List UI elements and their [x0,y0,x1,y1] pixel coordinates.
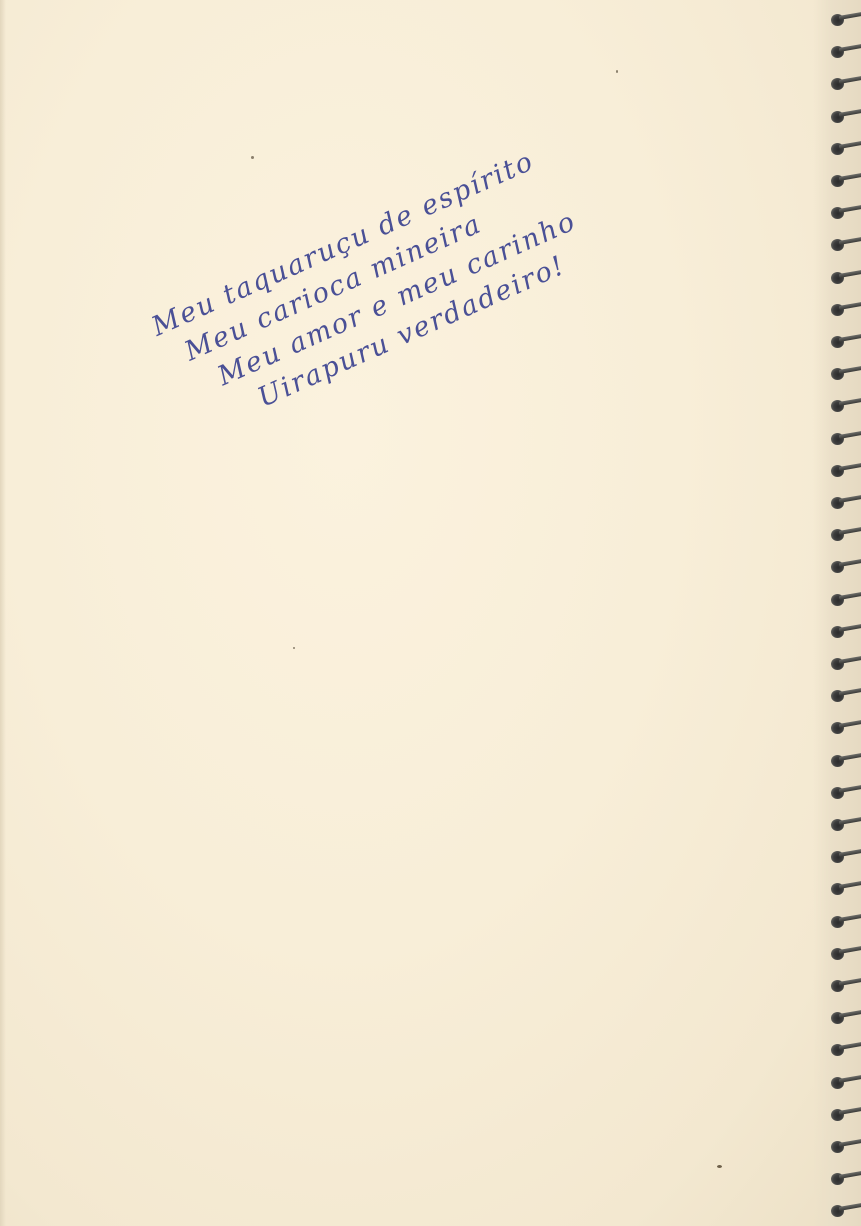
spiral-coil [831,978,861,994]
coil-wire [839,141,861,149]
coil-wire [839,881,861,889]
spiral-coil [831,141,861,157]
spiral-coil [831,1139,861,1155]
spiral-coil [831,753,861,769]
coil-wire [839,398,861,406]
spiral-coil [831,559,861,575]
coil-wire [839,1139,861,1147]
coil-wire [839,1075,861,1083]
coil-wire [839,270,861,278]
spiral-coil [831,881,861,897]
handwritten-note: Meu taquaruçu de espírito Meu carioca mi… [146,138,596,444]
paper-speck [616,70,618,73]
spiral-coil [831,592,861,608]
coil-wire [839,463,861,471]
coil-wire [839,76,861,84]
coil-wire [839,12,861,20]
spiral-coil [831,688,861,704]
paper-speck [293,647,295,649]
coil-wire [839,753,861,761]
coil-wire [839,592,861,600]
paper-speck [717,1165,722,1168]
spiral-coil [831,205,861,221]
spiral-coil [831,334,861,350]
page-left-edge [0,0,6,1226]
coil-wire [839,44,861,52]
spiral-coil [831,1107,861,1123]
spiral-coil [831,366,861,382]
coil-wire [839,1203,861,1211]
spiral-coil [831,914,861,930]
notebook-page: Meu taquaruçu de espírito Meu carioca mi… [0,0,861,1226]
spiral-coil [831,817,861,833]
coil-wire [839,946,861,954]
spiral-coil [831,1171,861,1187]
spiral-coil [831,463,861,479]
coil-wire [839,656,861,664]
spiral-coil [831,237,861,253]
coil-wire [839,173,861,181]
coil-wire [839,849,861,857]
spiral-coil [831,527,861,543]
coil-wire [839,366,861,374]
coil-wire [839,431,861,439]
coil-wire [839,205,861,213]
coil-wire [839,109,861,117]
spiral-coil [831,76,861,92]
coil-wire [839,688,861,696]
spiral-coil [831,785,861,801]
spiral-coil [831,431,861,447]
coil-wire [839,1171,861,1179]
spiral-coil [831,624,861,640]
spiral-coil [831,1042,861,1058]
spiral-coil [831,849,861,865]
paper-speck [251,156,254,159]
coil-wire [839,720,861,728]
spiral-coil [831,720,861,736]
coil-wire [839,914,861,922]
spiral-coil [831,946,861,962]
coil-wire [839,237,861,245]
spiral-coil [831,1075,861,1091]
spiral-coil [831,173,861,189]
coil-wire [839,495,861,503]
spiral-coil [831,1010,861,1026]
spiral-coil [831,495,861,511]
coil-wire [839,624,861,632]
spiral-coil [831,656,861,672]
coil-wire [839,1010,861,1018]
coil-wire [839,1042,861,1050]
coil-wire [839,785,861,793]
coil-wire [839,527,861,535]
coil-wire [839,302,861,310]
coil-wire [839,978,861,986]
spiral-coil [831,1203,861,1219]
spiral-coil [831,109,861,125]
spiral-coil [831,12,861,28]
spiral-coil [831,398,861,414]
coil-wire [839,334,861,342]
spiral-coil [831,44,861,60]
spiral-coil [831,270,861,286]
coil-wire [839,817,861,825]
coil-wire [839,1107,861,1115]
coil-wire [839,559,861,567]
spiral-coil [831,302,861,318]
